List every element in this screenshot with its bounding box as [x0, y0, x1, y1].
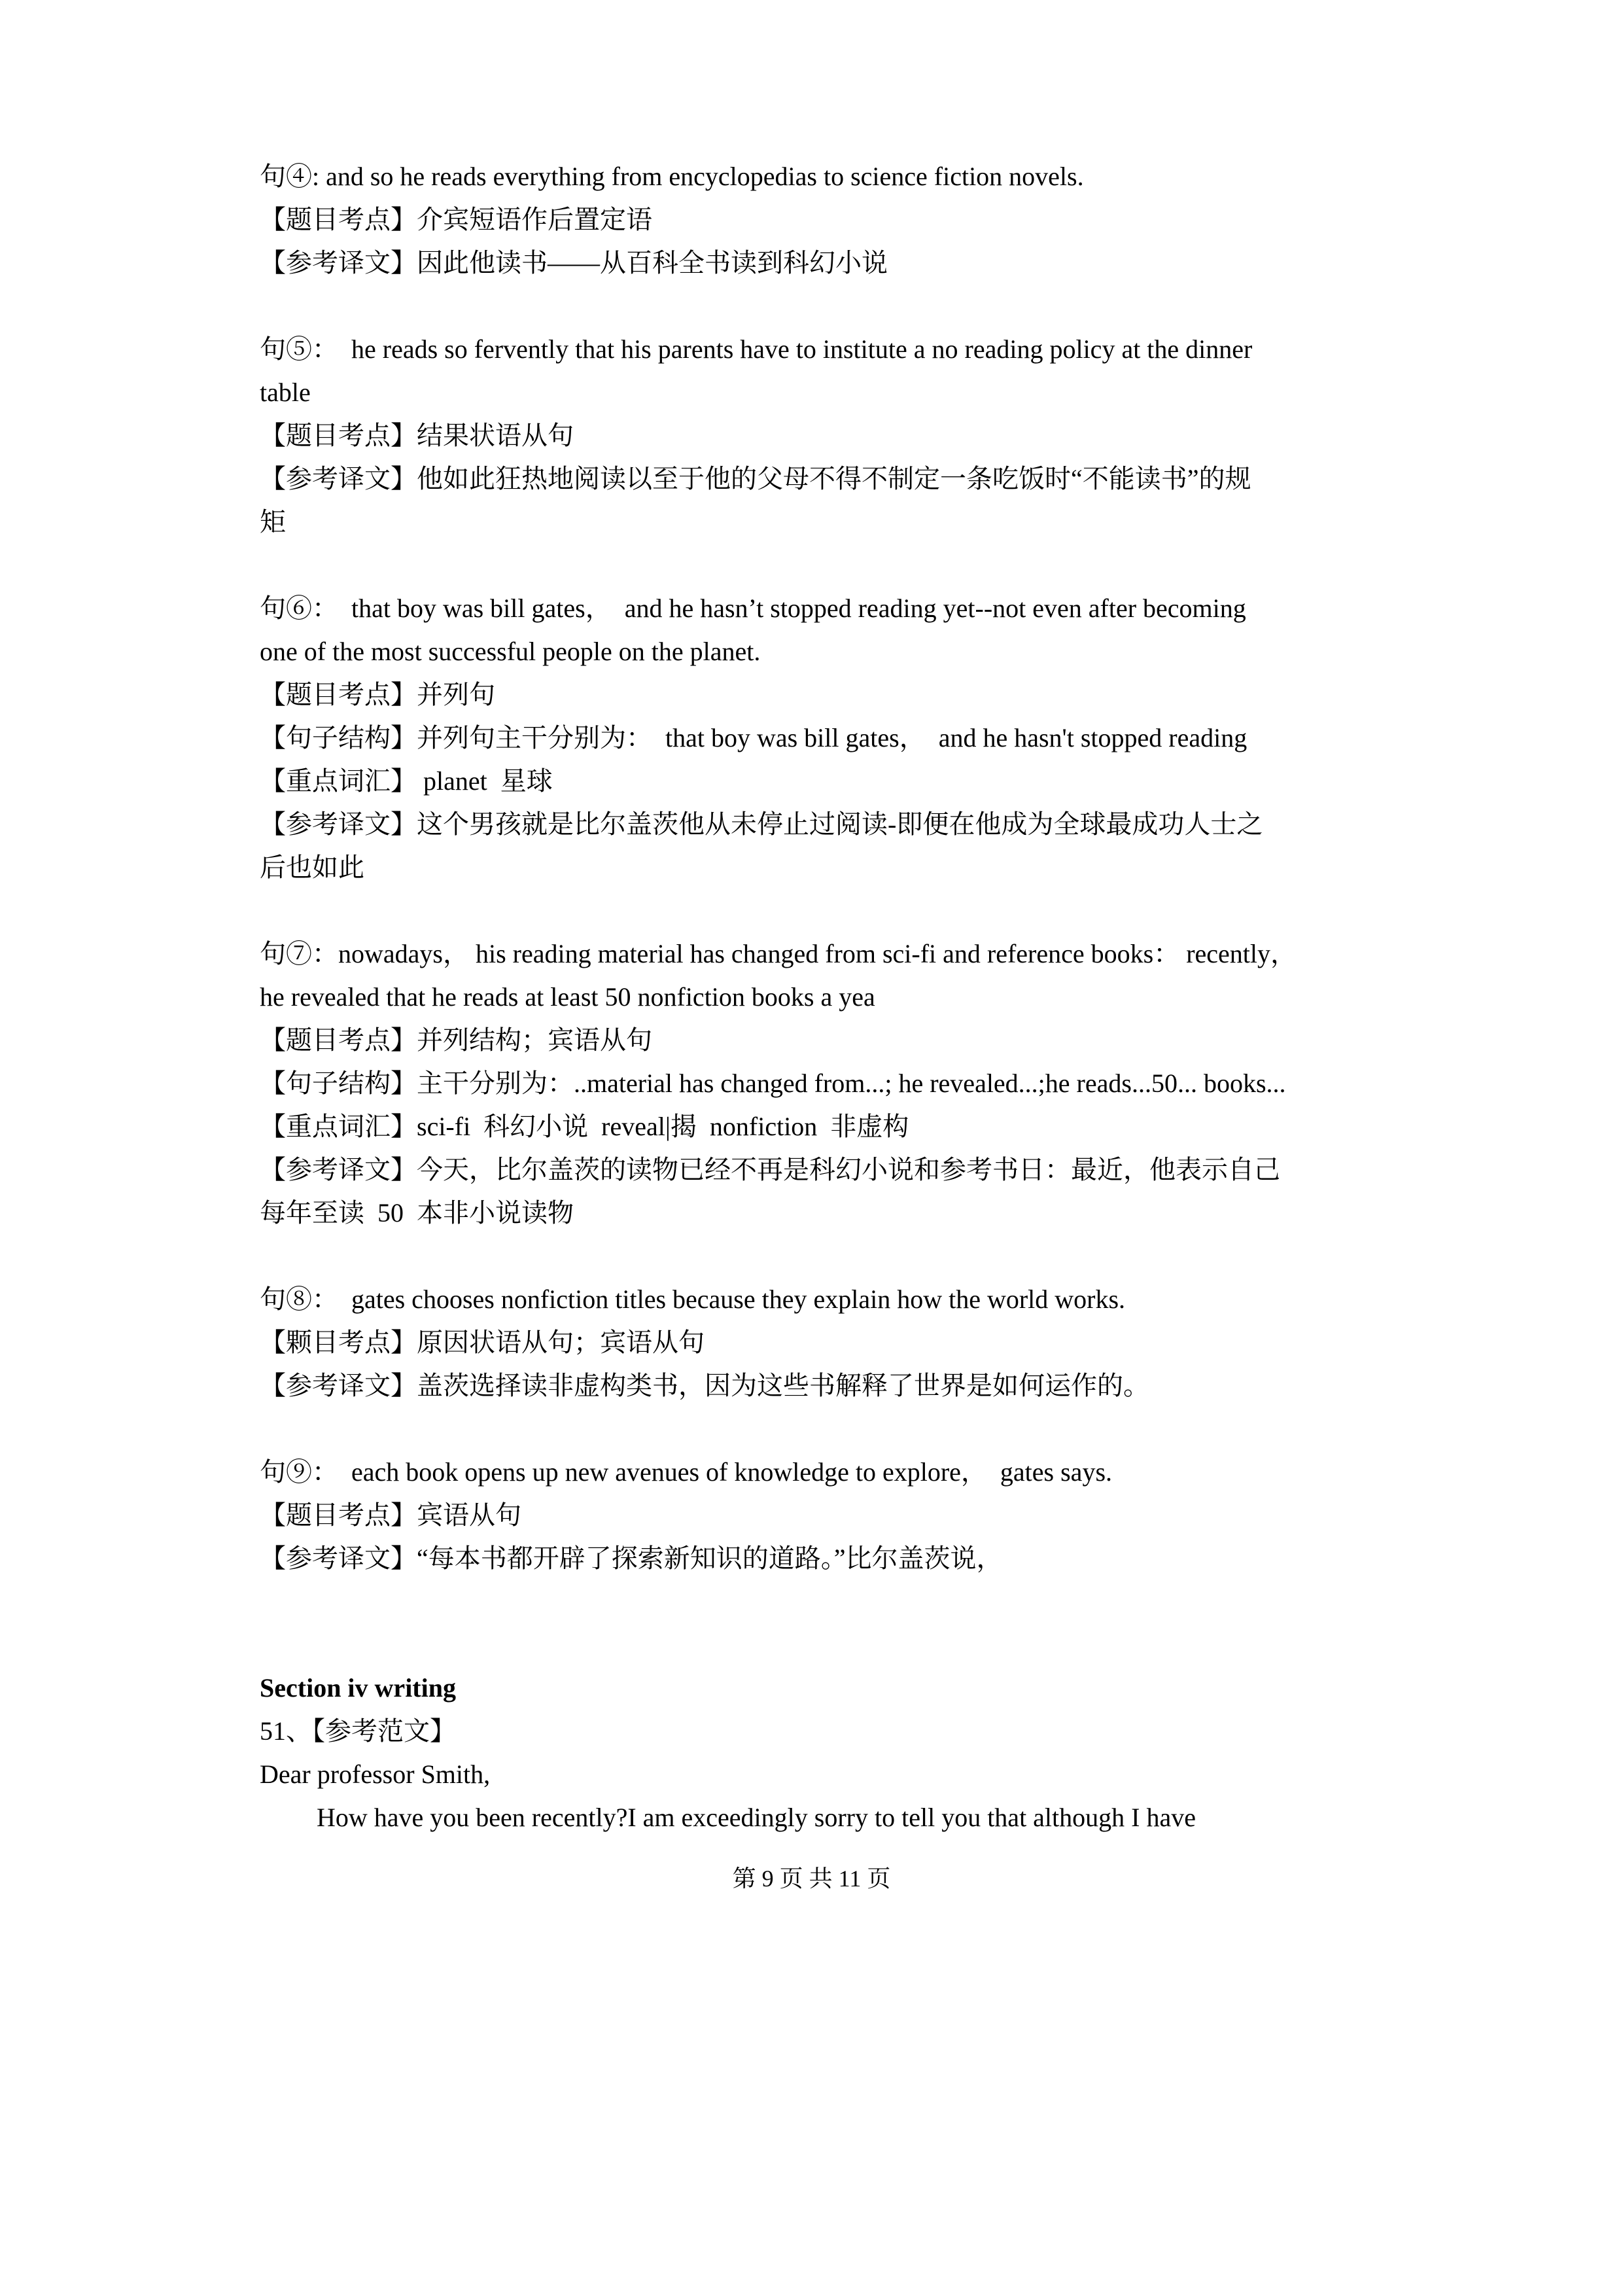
- sentence-5-translation: 【参考译文】他如此狂热地阅读以至于他的父母不得不制定一条吃饭时“不能读书”的规: [260, 463, 1251, 495]
- sentence-8-text: 句⑧： gates chooses nonfiction titles beca…: [260, 1283, 1125, 1316]
- page-footer: 第 9 页 共 11 页: [0, 1863, 1623, 1894]
- sentence-9-translation: 【参考译文】“每本书都开辟了探索新知识的道路。”比尔盖茨说，: [260, 1542, 1003, 1575]
- sentence-4-exam-point: 【题目考点】介宾短语作后置定语: [260, 203, 652, 236]
- sentence-6-translation: 【参考译文】这个男孩就是比尔盖茨他从未停止过阅读-即便在他成为全球最成功人士之: [260, 808, 1263, 841]
- sentence-6-exam-point: 【题目考点】并列句: [260, 679, 495, 711]
- sentence-7-text: 句⑦：nowadays， his reading material has ch…: [260, 938, 1297, 970]
- sentence-6-vocab: 【重点词汇】 planet 星球: [260, 765, 553, 798]
- sentence-8-translation: 【参考译文】盖茨选择读非虚构类书，因为这些书解释了世界是如何运作的。: [260, 1369, 1149, 1402]
- sentence-7-translation-cont: 每年至读 50 本非小说读物: [260, 1197, 574, 1229]
- sentence-7-translation: 【参考译文】今天，比尔盖茨的读物已经不再是科幻小说和参考书日：最近，他表示自己: [260, 1154, 1280, 1186]
- sentence-5-exam-point: 【题目考点】结果状语从句: [260, 419, 574, 452]
- sentence-7-vocab: 【重点词汇】sci-fi 科幻小说 reveal|揭 nonfiction 非虚…: [260, 1110, 909, 1143]
- letter-first-line: How have you been recently?I am exceedin…: [317, 1801, 1196, 1834]
- sentence-7-exam-point: 【题目考点】并列结构；宾语从句: [260, 1024, 652, 1057]
- sentence-5-text: 句⑤： he reads so fervently that his paren…: [260, 333, 1252, 366]
- sentence-5-text-cont: table: [260, 376, 311, 409]
- sentence-4-translation: 【参考译文】因此他读书——从百科全书读到科幻小说: [260, 247, 888, 279]
- sentence-5-translation-cont: 矩: [260, 506, 286, 539]
- sentence-6-text-cont: one of the most successful people on the…: [260, 635, 760, 668]
- sentence-7-text-cont: he revealed that he reads at least 50 no…: [260, 981, 875, 1014]
- sentence-4-text: 句④: and so he reads everything from ency…: [260, 160, 1084, 193]
- sentence-9-text: 句⑨： each book opens up new avenues of kn…: [260, 1456, 1112, 1489]
- sentence-6-translation-cont: 后也如此: [260, 851, 364, 884]
- letter-salutation: Dear professor Smith,: [260, 1758, 490, 1791]
- sentence-7-structure: 【句子结构】主干分别为：..material has changed from.…: [260, 1067, 1286, 1100]
- sentence-6-text: 句⑥： that boy was bill gates， and he hasn…: [260, 592, 1246, 625]
- item-label: 51、【参考范文】: [260, 1715, 456, 1748]
- document-page: 句④: and so he reads everything from ency…: [0, 0, 1623, 2296]
- section-heading: Section iv writing: [260, 1672, 456, 1704]
- sentence-9-exam-point: 【题目考点】宾语从句: [260, 1499, 521, 1532]
- sentence-8-exam-point: 【颗目考点】原因状语从句；宾语从句: [260, 1326, 705, 1359]
- sentence-6-structure: 【句子结构】并列句主干分别为： that boy was bill gates，…: [260, 722, 1247, 754]
